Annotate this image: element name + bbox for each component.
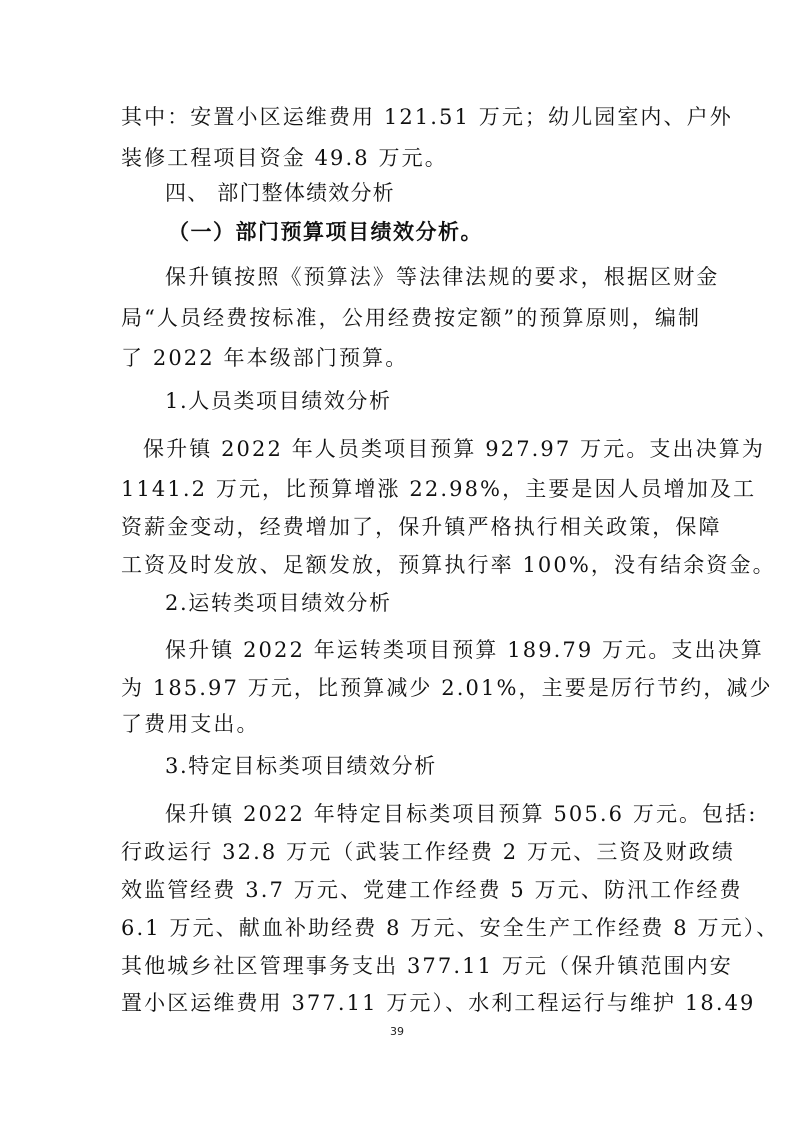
paragraph-line: 6.1 万元、献血补助经费 8 万元、安全生产工作经费 8 万元）、 [121,912,673,944]
paragraph-line: 保升镇 2022 年人员类项目预算 927.97 万元。支出决算为 [143,433,673,465]
paragraph-line: 效监管经费 3.7 万元、党建工作经费 5 万元、防汛工作经费 [121,874,673,906]
paragraph-line: 行政运行 32.8 万元（武装工作经费 2 万元、三资及财政绩 [121,836,673,868]
item-heading: 3.特定目标类项目绩效分析 [165,750,673,782]
paragraph-line: 了 2022 年本级部门预算。 [121,342,673,374]
paragraph-line: 保升镇 2022 年运转类项目预算 189.79 万元。支出决算 [165,634,673,666]
page-number: 39 [382,1025,412,1038]
paragraph-line: 了费用支出。 [121,708,673,740]
paragraph-line: 其中：安置小区运维费用 121.51 万元；幼儿园室内、户外 [121,101,673,133]
paragraph-line: 置小区运维费用 377.11 万元）、水利工程运行与维护 18.49 [121,987,673,1019]
document-page: 其中：安置小区运维费用 121.51 万元；幼儿园室内、户外 装修工程项目资金 … [0,0,793,1122]
paragraph-line: 装修工程项目资金 49.8 万元。 [121,142,673,174]
subsection-heading: （一）部门预算项目绩效分析。 [168,216,720,248]
paragraph-line: 局“人员经费按标准，公用经费按定额”的预算原则，编制 [121,302,673,334]
paragraph-line: 保升镇按照《预算法》等法律法规的要求，根据区财金 [165,261,673,293]
paragraph-line: 其他城乡社区管理事务支出 377.11 万元（保升镇范围内安 [121,950,673,982]
paragraph-line: 1141.2 万元，比预算增涨 22.98%，主要是因人员增加及工 [121,473,673,505]
section-heading: 四、 部门整体绩效分析 [165,177,673,209]
paragraph-line: 保升镇 2022 年特定目标类项目预算 505.6 万元。包括: [165,798,673,830]
item-heading: 2.运转类项目绩效分析 [165,587,673,619]
paragraph-line: 为 185.97 万元，比预算减少 2.01%，主要是厉行节约，减少 [121,672,673,704]
paragraph-line: 资薪金变动，经费增加了，保升镇严格执行相关政策，保障 [121,511,673,543]
item-heading: 1.人员类项目绩效分析 [165,385,673,417]
paragraph-line: 工资及时发放、足额发放，预算执行率 100%，没有结余资金。 [121,549,673,581]
